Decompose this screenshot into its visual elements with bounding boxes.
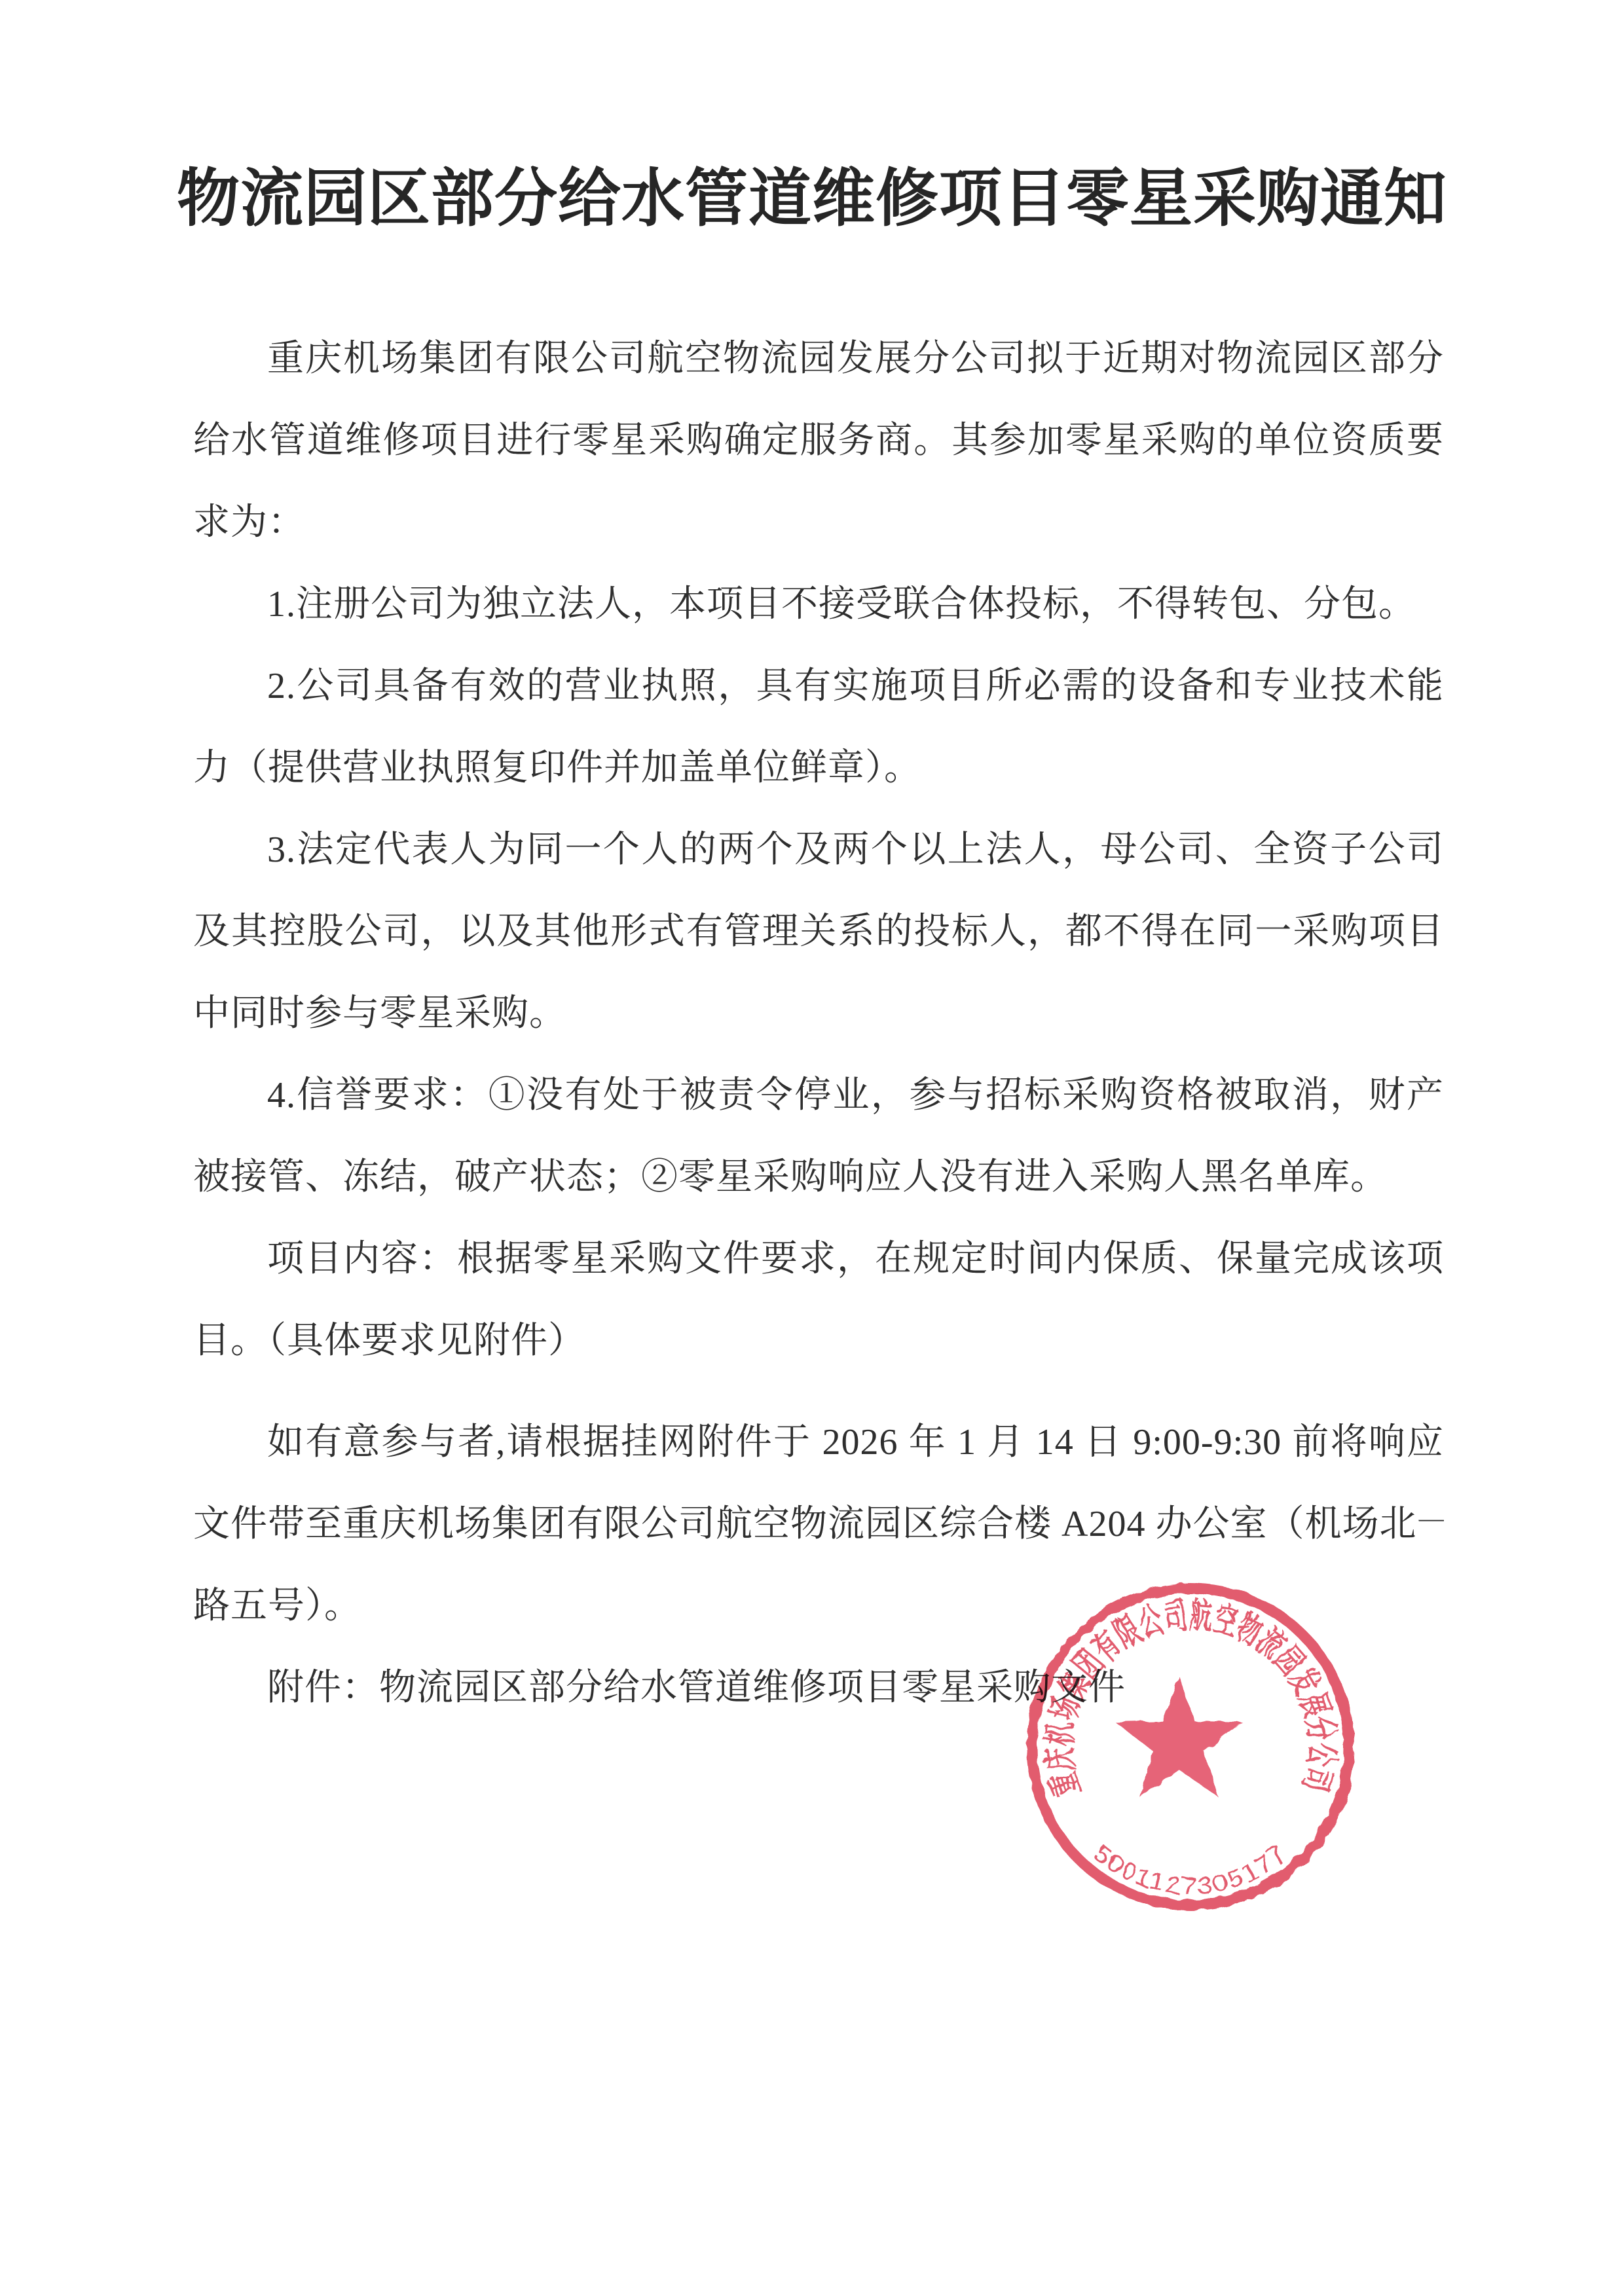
text-line: 1.注册公司为独立法人，本项目不接受联合体投标，不得转包、分包。 xyxy=(193,564,1444,646)
text-line: 4.信誉要求：①没有处于被责令停业，参与招标采购资格被取消，财产 xyxy=(193,1055,1444,1137)
text-line: 被接管、冻结，破产状态；②零星采购响应人没有进入采购人黑名单库。 xyxy=(193,1137,1444,1218)
paragraph-item-2: 2.公司具备有效的营业执照，具有实施项目所必需的设备和专业技术能 力（提供营业执… xyxy=(193,646,1444,809)
scanned-notice-page: 物流园区部分给水管道维修项目零星采购通知 重庆机场集团有限公司航空物流园发展分公… xyxy=(0,0,1624,2296)
text-line: 项目内容：根据零星采购文件要求，在规定时间内保质、保量完成该项 xyxy=(193,1218,1444,1300)
paragraph-participation: 如有意参与者,请根据挂网附件于 2026 年 1 月 14 日 9:00-9:3… xyxy=(193,1402,1444,1647)
text-line: 重庆机场集团有限公司航空物流园发展分公司拟于近期对物流园区部分 xyxy=(193,318,1444,400)
text-line: 求为： xyxy=(193,482,1444,564)
paragraph-item-1: 1.注册公司为独立法人，本项目不接受联合体投标，不得转包、分包。 xyxy=(193,564,1444,646)
paragraph-intro: 重庆机场集团有限公司航空物流园发展分公司拟于近期对物流园区部分 给水管道维修项目… xyxy=(193,318,1444,564)
paragraph-item-4: 4.信誉要求：①没有处于被责令停业，参与招标采购资格被取消，财产 被接管、冻结，… xyxy=(193,1055,1444,1218)
seal-number-text: 5001127305177 xyxy=(1088,1839,1293,1899)
page-title: 物流园区部分给水管道维修项目零星采购通知 xyxy=(0,161,1624,236)
text-line: 附件：物流园区部分给水管道维修项目零星采购文件 xyxy=(193,1647,1444,1729)
text-line: 给水管道维修项目进行零星采购确定服务商。其参加零星采购的单位资质要 xyxy=(193,400,1444,482)
text-line: 路五号）。 xyxy=(193,1565,1444,1647)
paragraph-attachment: 附件：物流园区部分给水管道维修项目零星采购文件 xyxy=(193,1647,1444,1729)
text-line: 2.公司具备有效的营业执照，具有实施项目所必需的设备和专业技术能 xyxy=(193,646,1444,727)
text-line: 力（提供营业执照复印件并加盖单位鲜章）。 xyxy=(193,727,1444,809)
text-line: 文件带至重庆机场集团有限公司航空物流园区综合楼 A204 办公室（机场北一 xyxy=(193,1484,1444,1565)
text-line: 3.法定代表人为同一个人的两个及两个以上法人，母公司、全资子公司 xyxy=(193,809,1444,891)
text-line: 及其控股公司，以及其他形式有管理关系的投标人，都不得在同一采购项目 xyxy=(193,891,1444,973)
text-line: 中同时参与零星采购。 xyxy=(193,973,1444,1055)
document-body: 重庆机场集团有限公司航空物流园发展分公司拟于近期对物流园区部分 给水管道维修项目… xyxy=(193,318,1444,1729)
paragraph-project-content: 项目内容：根据零星采购文件要求，在规定时间内保质、保量完成该项 目。（具体要求见… xyxy=(193,1218,1444,1382)
paragraph-item-3: 3.法定代表人为同一个人的两个及两个以上法人，母公司、全资子公司 及其控股公司，… xyxy=(193,809,1444,1055)
text-line: 如有意参与者,请根据挂网附件于 2026 年 1 月 14 日 9:00-9:3… xyxy=(193,1402,1444,1484)
text-line: 目。（具体要求见附件） xyxy=(193,1300,1444,1382)
